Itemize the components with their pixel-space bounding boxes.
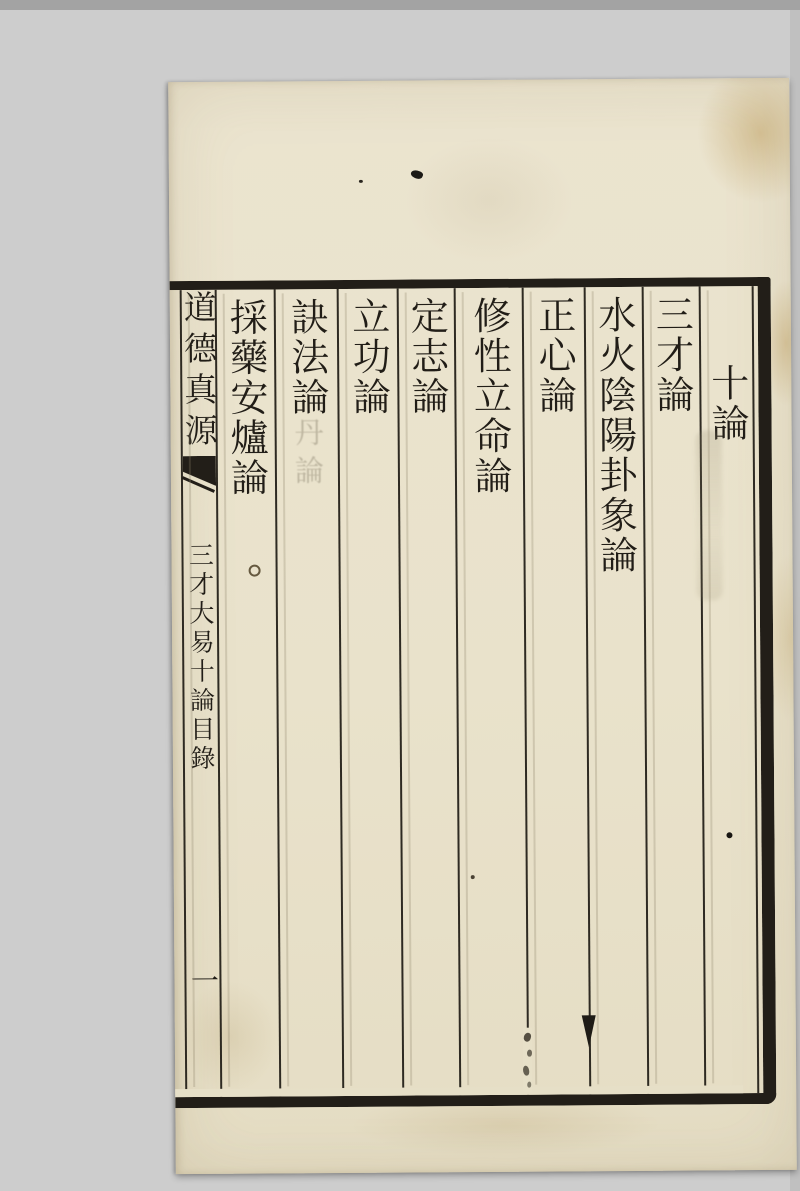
spine-title: 道德真源 xyxy=(182,290,216,454)
toc-entry: 修性立命論 xyxy=(470,296,509,496)
text-frame: 十論 三才論 水火陰陽卦象論 正心論 修性立命論 定志論 立功論 訣法論 xyxy=(170,277,777,1108)
toc-entry: 三才論 xyxy=(652,295,691,415)
toc-entry-column: 訣法論 丹論 xyxy=(274,289,343,1096)
toc-entry-column: 修性立命論 xyxy=(454,288,528,1095)
ink-fleck xyxy=(410,168,424,180)
toc-entry-column: 三才論 xyxy=(642,286,705,1093)
bleed-through-text: 丹論 xyxy=(293,417,323,493)
toc-entry: 立功論 xyxy=(349,297,388,417)
toc-entry-column: 定志論 xyxy=(397,288,460,1095)
bleed-through-smear xyxy=(696,430,723,600)
ink-dot xyxy=(726,832,732,838)
ink-smudge xyxy=(527,1050,532,1057)
toc-entry: 水火陰陽卦象論 xyxy=(595,295,635,575)
toc-entry: 訣法論 xyxy=(287,297,326,417)
toc-entry: 定志論 xyxy=(407,296,446,416)
scanner-edge-strip xyxy=(0,0,800,10)
toc-entry-column: 立功論 xyxy=(337,289,403,1096)
toc-heading-column: 十論 xyxy=(699,286,758,1093)
spine-section-label: 三才大易十論目錄 xyxy=(187,542,214,774)
toc-entry: 正心論 xyxy=(535,295,574,415)
page-number: 一 xyxy=(189,966,217,994)
ink-fleck xyxy=(359,180,363,183)
toc-entry: 採藥安爐論 xyxy=(226,298,265,498)
toc-entry-column: 水火陰陽卦象論 xyxy=(584,287,648,1094)
book-page: 十論 三才論 水火陰陽卦象論 正心論 修性立命論 定志論 立功論 訣法論 xyxy=(168,78,797,1174)
fishtail-icon xyxy=(183,456,216,496)
ink-dot xyxy=(471,875,475,879)
column-grid: 十論 三才論 水火陰陽卦象論 正心論 修性立命論 定志論 立功論 訣法論 xyxy=(170,286,760,1097)
scan-backdrop: { "document": { "spine": { "title": "道德真… xyxy=(0,0,800,1191)
wormhole-mark xyxy=(249,565,261,577)
toc-entry-column: 採藥安爐論 xyxy=(215,289,280,1096)
toc-entry-column: 正心論 xyxy=(522,287,590,1094)
ink-flare-mark xyxy=(582,1015,596,1047)
spine-column: 道德真源 三才大易十論目錄 一 xyxy=(180,290,221,1097)
ink-smudge xyxy=(527,1082,531,1088)
